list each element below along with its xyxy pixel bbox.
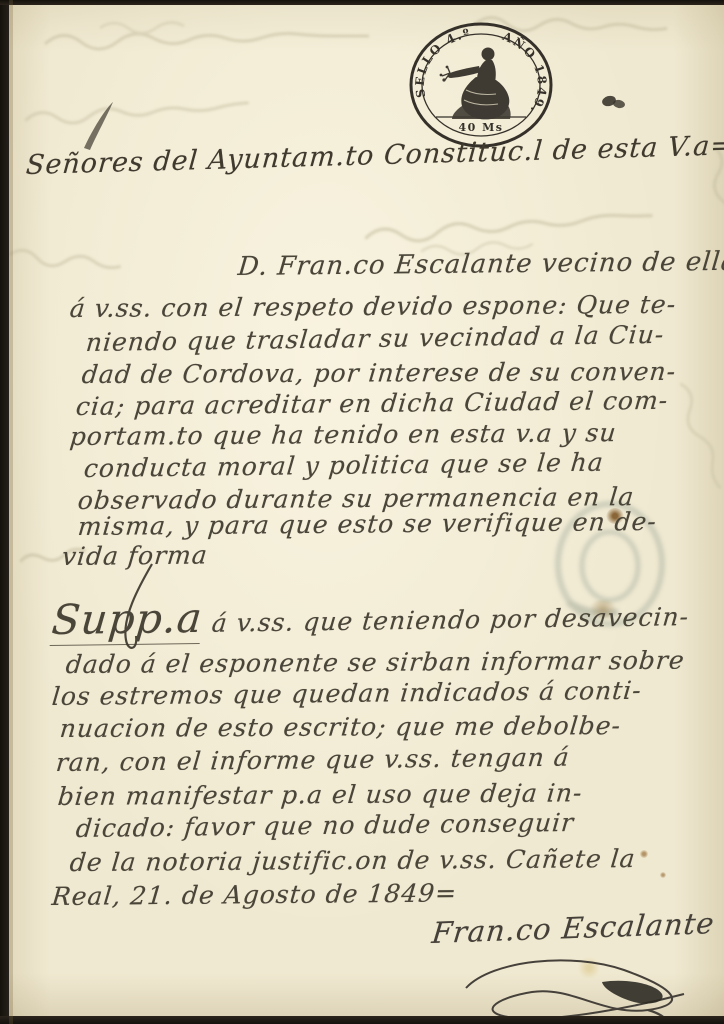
- salutation-line: Señores del Ayuntam.to Constituc.l de es…: [25, 130, 724, 181]
- paper-edge-shadow: [9, 0, 13, 1024]
- seal-allegorical-figure: [440, 48, 511, 120]
- manuscript-line: nuacion de esto escrito; que me debolbe-: [59, 711, 623, 743]
- svg-text:SELLO 4.º: SELLO 4.º: [413, 26, 473, 99]
- manuscript-line: D. Fran.co Escalante vecino de ella,: [237, 247, 724, 282]
- signature-rubric: [452, 948, 712, 1024]
- manuscript-line: ran, con el informe que v.ss. tengan á: [55, 743, 572, 777]
- manuscript-line: los estremos que quedan indicados á cont…: [51, 676, 644, 711]
- seal-denomination: 40 Ms: [458, 121, 503, 134]
- bleedthrough-mark: [19, 85, 300, 139]
- seal-text-left: SELLO 4.º: [413, 26, 473, 99]
- manuscript-line: dicado: favor que no dude conseguir: [75, 808, 576, 843]
- manuscript-line: bien manifestar p.a el uso que deja in-: [57, 778, 584, 811]
- scan-border-bottom: [0, 1016, 724, 1024]
- ink-stain: [660, 872, 666, 878]
- bleedthrough-mark: [3, 238, 136, 284]
- manuscript-line: conducta moral y politica que se le ha: [83, 448, 606, 483]
- scan-border-left: [0, 0, 9, 1024]
- ink-blot: [600, 92, 630, 112]
- manuscript-line: misma, y para que esto se verifique en d…: [77, 507, 659, 541]
- bleedthrough-mark: [665, 373, 724, 496]
- manuscript-line: dado á el esponente se sirban informar s…: [65, 646, 687, 679]
- supplica-word: Supp.a: [50, 594, 205, 646]
- manuscript-line: á v.ss. con el respeto devido espone: Qu…: [69, 290, 678, 323]
- manuscript-line-supplica: Supp.aá v.ss. que teniendo por desavecin…: [50, 587, 692, 644]
- revenue-seal: SELLO 4.º AÑO 1849. 40 Ms: [406, 20, 556, 152]
- manuscript-line: cia; para acreditar en dicha Ciudad el c…: [75, 386, 670, 421]
- scan-border-top: [0, 0, 724, 5]
- manuscript-line: niendo que trasladar su vecindad a la Ci…: [85, 320, 666, 357]
- manuscript-line: de la notoria justific.on de v.ss. Cañet…: [69, 844, 638, 877]
- signature-text: Fran.co Escalante: [430, 906, 716, 950]
- pen-flourish-mark: [76, 100, 128, 152]
- ink-stain: [640, 850, 648, 858]
- scanned-document-page: SELLO 4.º AÑO 1849. 40 Ms Señores del Ay…: [0, 0, 724, 1024]
- manuscript-line: portam.to que ha tenido en esta v.a y su: [69, 418, 619, 451]
- manuscript-line: dad de Cordova, por interese de su conve…: [81, 357, 678, 389]
- supplica-rest: á v.ss. que teniendo por desavecin-: [211, 602, 691, 638]
- manuscript-line: Real, 21. de Agosto de 1849=: [51, 878, 459, 911]
